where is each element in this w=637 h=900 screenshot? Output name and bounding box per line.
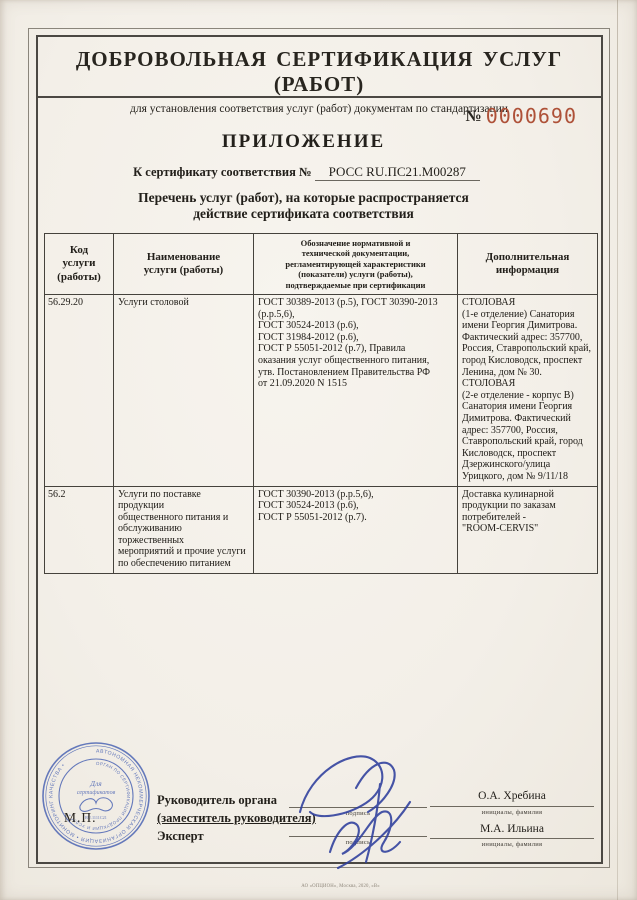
table-header-row: Код услуги (работы) Наименование услуги … bbox=[45, 234, 598, 295]
row1-service-info: СТОЛОВАЯ (1-е отделение) Санатория имени… bbox=[458, 295, 598, 487]
head-name-caption: инициалы, фамилия bbox=[430, 809, 594, 816]
expert-signature-ink bbox=[330, 811, 400, 854]
expert-name-caption: инициалы, фамилия bbox=[430, 841, 594, 848]
number-sign: № bbox=[466, 108, 482, 125]
row1-service-docs: ГОСТ 30389-2013 (р.5), ГОСТ 30390-2013 (… bbox=[254, 295, 458, 487]
row2-service-name: Услуги по поставке продукции общественно… bbox=[114, 486, 254, 573]
appendix-title: ПРИЛОЖЕНИЕ bbox=[0, 131, 607, 153]
certificate-label: К сертификату соответствия № bbox=[133, 165, 311, 179]
column-header-docs: Обозначение нормативной и технической до… bbox=[254, 234, 458, 295]
handwritten-signatures bbox=[268, 740, 452, 876]
form-title: ДОБРОВОЛЬНАЯ СЕРТИФИКАЦИЯ УСЛУГ (РАБОТ) bbox=[37, 47, 601, 97]
expert-label: Эксперт bbox=[157, 829, 204, 844]
certificate-number: РОСС RU.ПС21.М00287 bbox=[315, 164, 480, 181]
row2-service-code: 56.2 bbox=[45, 486, 114, 573]
certificate-reference-line: К сертификату соответствия № РОСС RU.ПС2… bbox=[0, 164, 613, 180]
head-of-body-label: Руководитель органа bbox=[157, 793, 277, 808]
number-value: 0000690 bbox=[486, 104, 577, 128]
head-signature-ink bbox=[300, 756, 382, 816]
paper-fold-line bbox=[617, 0, 618, 900]
column-header-info: Дополнительная информация bbox=[458, 234, 598, 295]
column-header-name: Наименование услуги (работы) bbox=[114, 234, 254, 295]
stamp-center-text-line2: сертификатов bbox=[77, 789, 116, 796]
services-list-heading-line2: действие сертификата соответствия bbox=[0, 206, 607, 222]
row1-service-name: Услуги столовой bbox=[114, 295, 254, 487]
printer-imprint: АО «ОПЦИОН», Москва, 2020, «В» bbox=[64, 884, 574, 889]
row2-service-info: Доставка кулинарной продукции по заказам… bbox=[458, 486, 598, 573]
document-number: № 0000690 bbox=[466, 104, 577, 128]
row2-service-docs: ГОСТ 30390-2013 (р.р.5,6), ГОСТ 30524-20… bbox=[254, 486, 458, 573]
stamp-place-label: М.П. bbox=[64, 810, 97, 826]
table-row: 56.2 Услуги по поставке продукции общест… bbox=[45, 486, 598, 573]
scanned-certificate-page: ДОБРОВОЛЬНАЯ СЕРТИФИКАЦИЯ УСЛУГ (РАБОТ) … bbox=[0, 0, 637, 900]
stamp-center-text-line1: Для bbox=[89, 779, 102, 788]
services-list-heading-line1: Перечень услуг (работ), на которые распр… bbox=[0, 190, 607, 206]
head-name: О.А. Хребина bbox=[430, 790, 594, 807]
table-row: 56.29.20 Услуги столовой ГОСТ 30389-2013… bbox=[45, 295, 598, 487]
column-header-code: Код услуги (работы) bbox=[45, 234, 114, 295]
row1-service-code: 56.29.20 bbox=[45, 295, 114, 487]
round-stamp: АВТОНОМНАЯ НЕКОММЕРЧЕСКАЯ ОРГАНИЗАЦИЯ • … bbox=[36, 738, 158, 856]
header-band: ДОБРОВОЛЬНАЯ СЕРТИФИКАЦИЯ УСЛУГ (РАБОТ) … bbox=[37, 37, 601, 98]
services-list-heading: Перечень услуг (работ), на которые распр… bbox=[0, 190, 607, 222]
signature-cross-stroke-ink bbox=[366, 784, 380, 862]
expert-name: М.А. Ильина bbox=[430, 823, 594, 839]
services-table: Код услуги (работы) Наименование услуги … bbox=[44, 233, 598, 574]
